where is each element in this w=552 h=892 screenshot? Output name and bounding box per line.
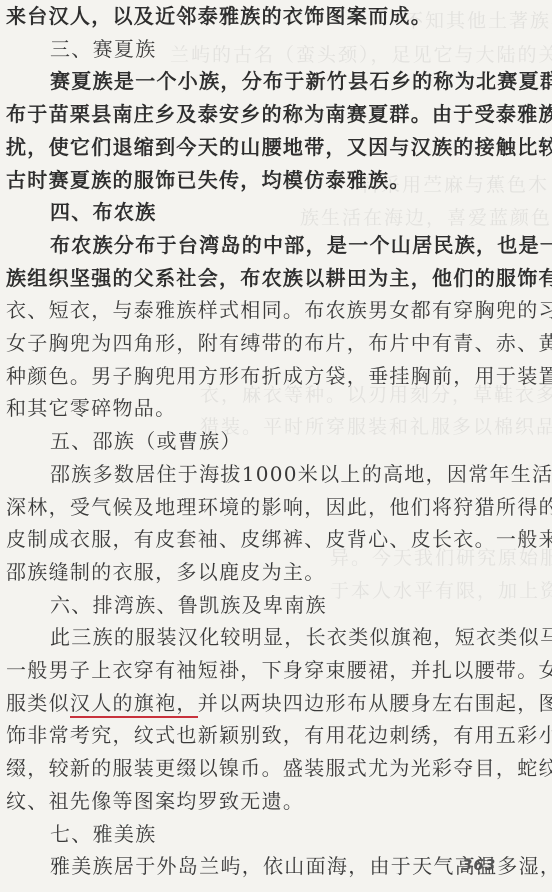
section-heading-bunong: 四、布农族 xyxy=(50,196,157,229)
red-underline-annotation: 汉人的旗袍， xyxy=(70,691,198,718)
text-line: 赛夏族是一个小族，分布于新竹县石乡的称为北赛夏群。分 xyxy=(50,65,546,98)
section-heading-saixia: 三、赛夏族 xyxy=(50,33,157,66)
text-line: 衣、短衣，与泰雅族样式相同。布农族男女都有穿胸兜的习惯， xyxy=(6,294,546,327)
text-line: 布农族分布于台湾岛的中部，是一个山居民族，也是一个氏 xyxy=(50,229,546,262)
text-line: 布于苗栗县南庄乡及泰安乡的称为南赛夏群。由于受泰雅族的侵 xyxy=(6,98,546,131)
text-line: 饰非常考究，纹式也新颖别致，有用花边刺绣，有用五彩小珠连 xyxy=(6,719,546,752)
bleed-through-text: 于本人水平有限，加上资料不足 xyxy=(330,576,552,603)
text-line-with-underline: 服类似汉人的旗袍，并以两块四边形布从腰身左右围起，图案装 xyxy=(6,687,546,720)
text-line: 邵族多数居住于海拔1000米以上的高地，因常年生活在高山 xyxy=(50,458,546,491)
text-line: 和其它零碎物品。 xyxy=(6,392,176,425)
text-segment: 并以两块四边形布从腰身左右围起，图案装 xyxy=(198,691,552,715)
text-line: 深林，受气候及地理环境的影响，因此，他们将狩猎所得的兽 xyxy=(6,491,546,524)
text-line: 种颜色。男子胸兜用方形布折成方袋，垂挂胸前，用于装置烟具 xyxy=(6,360,546,393)
section-heading-paiwan: 六、排湾族、鲁凯族及卑南族 xyxy=(50,589,327,622)
bleed-through-text: 族生活在海边，喜爱蓝颜色。女子服装是用约 xyxy=(300,203,552,230)
bleed-through-text: 猎装。平时所穿服装和礼服多以棉织品为主 xyxy=(200,412,552,439)
text-line: 皮制成衣服，有皮套袖、皮绑裤、皮背心、皮长衣。一般来说， xyxy=(6,523,546,556)
scanned-book-page: 不知其他土著族华 兰屿的古名（蛮头颈），足见它与大陆的关系。雅美族男子的服 料采… xyxy=(0,0,552,892)
text-line: 缀，较新的服装更缀以镍币。盛装服式尤为光彩夺目，蛇纹、鹿 xyxy=(6,752,546,785)
text-line: 女子胸兜为四角形，附有缚带的布片，布片中有青、赤、黄等多 xyxy=(6,327,546,360)
text-line: 来台汉人，以及近邻泰雅族的衣饰图案而成。 xyxy=(6,0,386,33)
text-line: 一般男子上衣穿有袖短褂，下身穿束腰裙，并扎以腰带。女子衣 xyxy=(6,654,546,687)
text-line: 扰，使它们退缩到今天的山腰地带，又因与汉族的接触比较多， xyxy=(6,131,546,164)
text-line: 纹、祖先像等图案均罗致无遗。 xyxy=(6,785,304,818)
text-line: 古时赛夏族的服饰已失传，均模仿泰雅族。 xyxy=(6,164,411,197)
section-heading-yami: 七、雅美族 xyxy=(50,818,157,851)
text-line: 此三族的服装汉化较明显，长衣类似旗袍，短衣类似马褂， xyxy=(50,621,546,654)
section-heading-shao: 五、邵族（或曹族） xyxy=(50,425,242,458)
page-number: 363 xyxy=(462,856,496,874)
text-segment: 服类似 xyxy=(6,691,70,715)
text-line: 邵族缝制的衣服，多以鹿皮为主。 xyxy=(6,556,326,589)
text-line: 族组织坚强的父系社会，布农族以耕田为主，他们的服饰有长 xyxy=(6,262,546,295)
bleed-through-text: 兰屿的古名（蛮头颈），足见它与大陆的关系。雅美族男子的服 xyxy=(170,40,552,67)
